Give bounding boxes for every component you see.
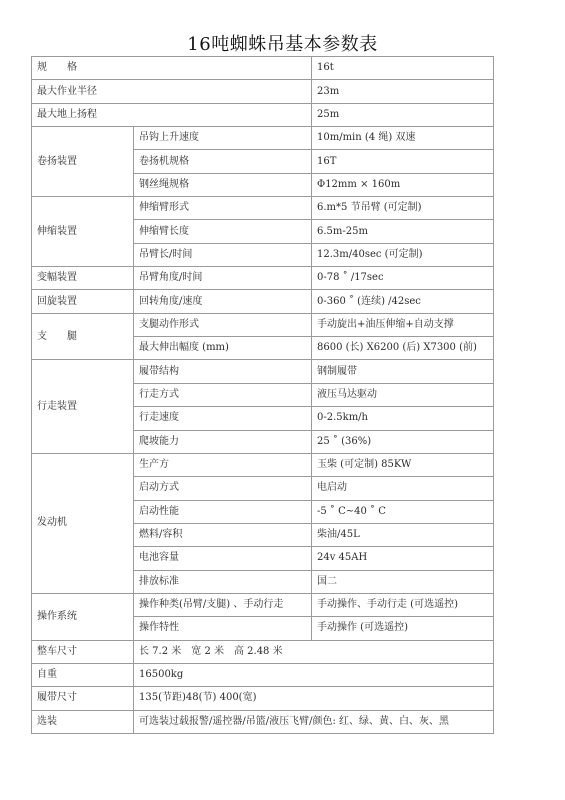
row-value: 电启动 <box>312 477 494 500</box>
group-label: 伸缩装置 <box>32 197 134 267</box>
row-value: 可选装过载报警/遥控器/吊篮/液压飞臂/颜色: 红、绿、黄、白、灰、黑 <box>134 710 494 733</box>
table-row: 最大地上扬程 25m <box>32 103 494 126</box>
row-value: 23m <box>312 80 494 103</box>
row-label: 操作种类(吊臂/支腿) 、手动行走 <box>134 593 312 616</box>
row-value: 12.3m/40sec (可定制) <box>312 243 494 266</box>
row-value: 24v 45AH <box>312 547 494 570</box>
group-label: 回旋装置 <box>32 290 134 313</box>
row-value: 0-78 ˚ /17sec <box>312 267 494 290</box>
group-label: 行走装置 <box>32 360 134 453</box>
table-row: 整车尺寸 长 7.2 米 宽 2 米 高 2.48 米 <box>32 640 494 663</box>
row-label: 规 格 <box>32 57 312 80</box>
group-label: 变幅装置 <box>32 267 134 290</box>
row-label: 回转角度/速度 <box>134 290 312 313</box>
row-label: 行走速度 <box>134 407 312 430</box>
row-label: 伸缩臂形式 <box>134 197 312 220</box>
row-value: Φ12mm × 160m <box>312 173 494 196</box>
row-label: 履带结构 <box>134 360 312 383</box>
row-label: 最大地上扬程 <box>32 103 312 126</box>
row-value: 0-360 ˚ (连续) /42sec <box>312 290 494 313</box>
row-label: 选装 <box>32 710 134 733</box>
row-label: 卷扬机规格 <box>134 150 312 173</box>
row-value: 8600 (长) X6200 (后) X7300 (前) <box>312 337 494 360</box>
row-value: 钢制履带 <box>312 360 494 383</box>
row-label: 电池容量 <box>134 547 312 570</box>
row-label: 支腿动作形式 <box>134 313 312 336</box>
table-row: 卷扬装置 吊钩上升速度 10m/min (4 绳) 双速 <box>32 127 494 150</box>
row-value: 25 ˚ (36%) <box>312 430 494 453</box>
group-label: 支 腿 <box>32 313 134 360</box>
table-row: 规 格 16t <box>32 57 494 80</box>
row-value: 液压马达驱动 <box>312 383 494 406</box>
row-value: 手动操作 (可选遥控) <box>312 617 494 640</box>
row-value: 6.m*5 节吊臂 (可定制) <box>312 197 494 220</box>
row-value: 0-2.5km/h <box>312 407 494 430</box>
row-label: 操作特性 <box>134 617 312 640</box>
group-label: 发动机 <box>32 453 134 593</box>
row-value: 玉柴 (可定制) 85KW <box>312 453 494 476</box>
row-label: 整车尺寸 <box>32 640 134 663</box>
row-value: 国二 <box>312 570 494 593</box>
row-label: 启动性能 <box>134 500 312 523</box>
row-value: 手动操作、手动行走 (可选遥控) <box>312 593 494 616</box>
row-value: 25m <box>312 103 494 126</box>
row-value: 柴油/45L <box>312 523 494 546</box>
group-label: 卷扬装置 <box>32 127 134 197</box>
table-row: 行走装置 履带结构 钢制履带 <box>32 360 494 383</box>
row-label: 钢丝绳规格 <box>134 173 312 196</box>
table-row: 支 腿 支腿动作形式 手动旋出+油压伸缩+自动支撑 <box>32 313 494 336</box>
row-value: 16500kg <box>134 663 494 686</box>
row-label: 吊臂角度/时间 <box>134 267 312 290</box>
row-label: 伸缩臂长度 <box>134 220 312 243</box>
table-row: 选装 可选装过载报警/遥控器/吊篮/液压飞臂/颜色: 红、绿、黄、白、灰、黑 <box>32 710 494 733</box>
row-value: 135(节距)48(节) 400(宽) <box>134 687 494 710</box>
table-row: 变幅装置 吊臂角度/时间 0-78 ˚ /17sec <box>32 267 494 290</box>
row-label: 吊臂长/时间 <box>134 243 312 266</box>
table-row: 回旋装置 回转角度/速度 0-360 ˚ (连续) /42sec <box>32 290 494 313</box>
spec-table: 规 格 16t 最大作业半径 23m 最大地上扬程 25m 卷扬装置 吊钩上升速… <box>31 56 494 734</box>
row-label: 启动方式 <box>134 477 312 500</box>
row-label: 燃料/容积 <box>134 523 312 546</box>
row-value: 16t <box>312 57 494 80</box>
row-value: 16T <box>312 150 494 173</box>
row-label: 最大作业半径 <box>32 80 312 103</box>
row-value: 10m/min (4 绳) 双速 <box>312 127 494 150</box>
row-label: 爬坡能力 <box>134 430 312 453</box>
table-row: 发动机 生产方 玉柴 (可定制) 85KW <box>32 453 494 476</box>
row-value: 6.5m-25m <box>312 220 494 243</box>
document-title: 16吨蜘蛛吊基本参数表 <box>0 30 565 56</box>
row-label: 生产方 <box>134 453 312 476</box>
group-label: 操作系统 <box>32 593 134 640</box>
table-row: 最大作业半径 23m <box>32 80 494 103</box>
table-row: 履带尺寸 135(节距)48(节) 400(宽) <box>32 687 494 710</box>
row-label: 排放标准 <box>134 570 312 593</box>
row-value: 长 7.2 米 宽 2 米 高 2.48 米 <box>134 640 494 663</box>
row-label: 最大伸出幅度 (mm) <box>134 337 312 360</box>
table-row: 操作系统 操作种类(吊臂/支腿) 、手动行走 手动操作、手动行走 (可选遥控) <box>32 593 494 616</box>
row-label: 履带尺寸 <box>32 687 134 710</box>
table-row: 自重 16500kg <box>32 663 494 686</box>
row-label: 自重 <box>32 663 134 686</box>
row-label: 吊钩上升速度 <box>134 127 312 150</box>
table-row: 伸缩装置 伸缩臂形式 6.m*5 节吊臂 (可定制) <box>32 197 494 220</box>
row-value: -5 ˚ C~40 ˚ C <box>312 500 494 523</box>
row-label: 行走方式 <box>134 383 312 406</box>
row-value: 手动旋出+油压伸缩+自动支撑 <box>312 313 494 336</box>
